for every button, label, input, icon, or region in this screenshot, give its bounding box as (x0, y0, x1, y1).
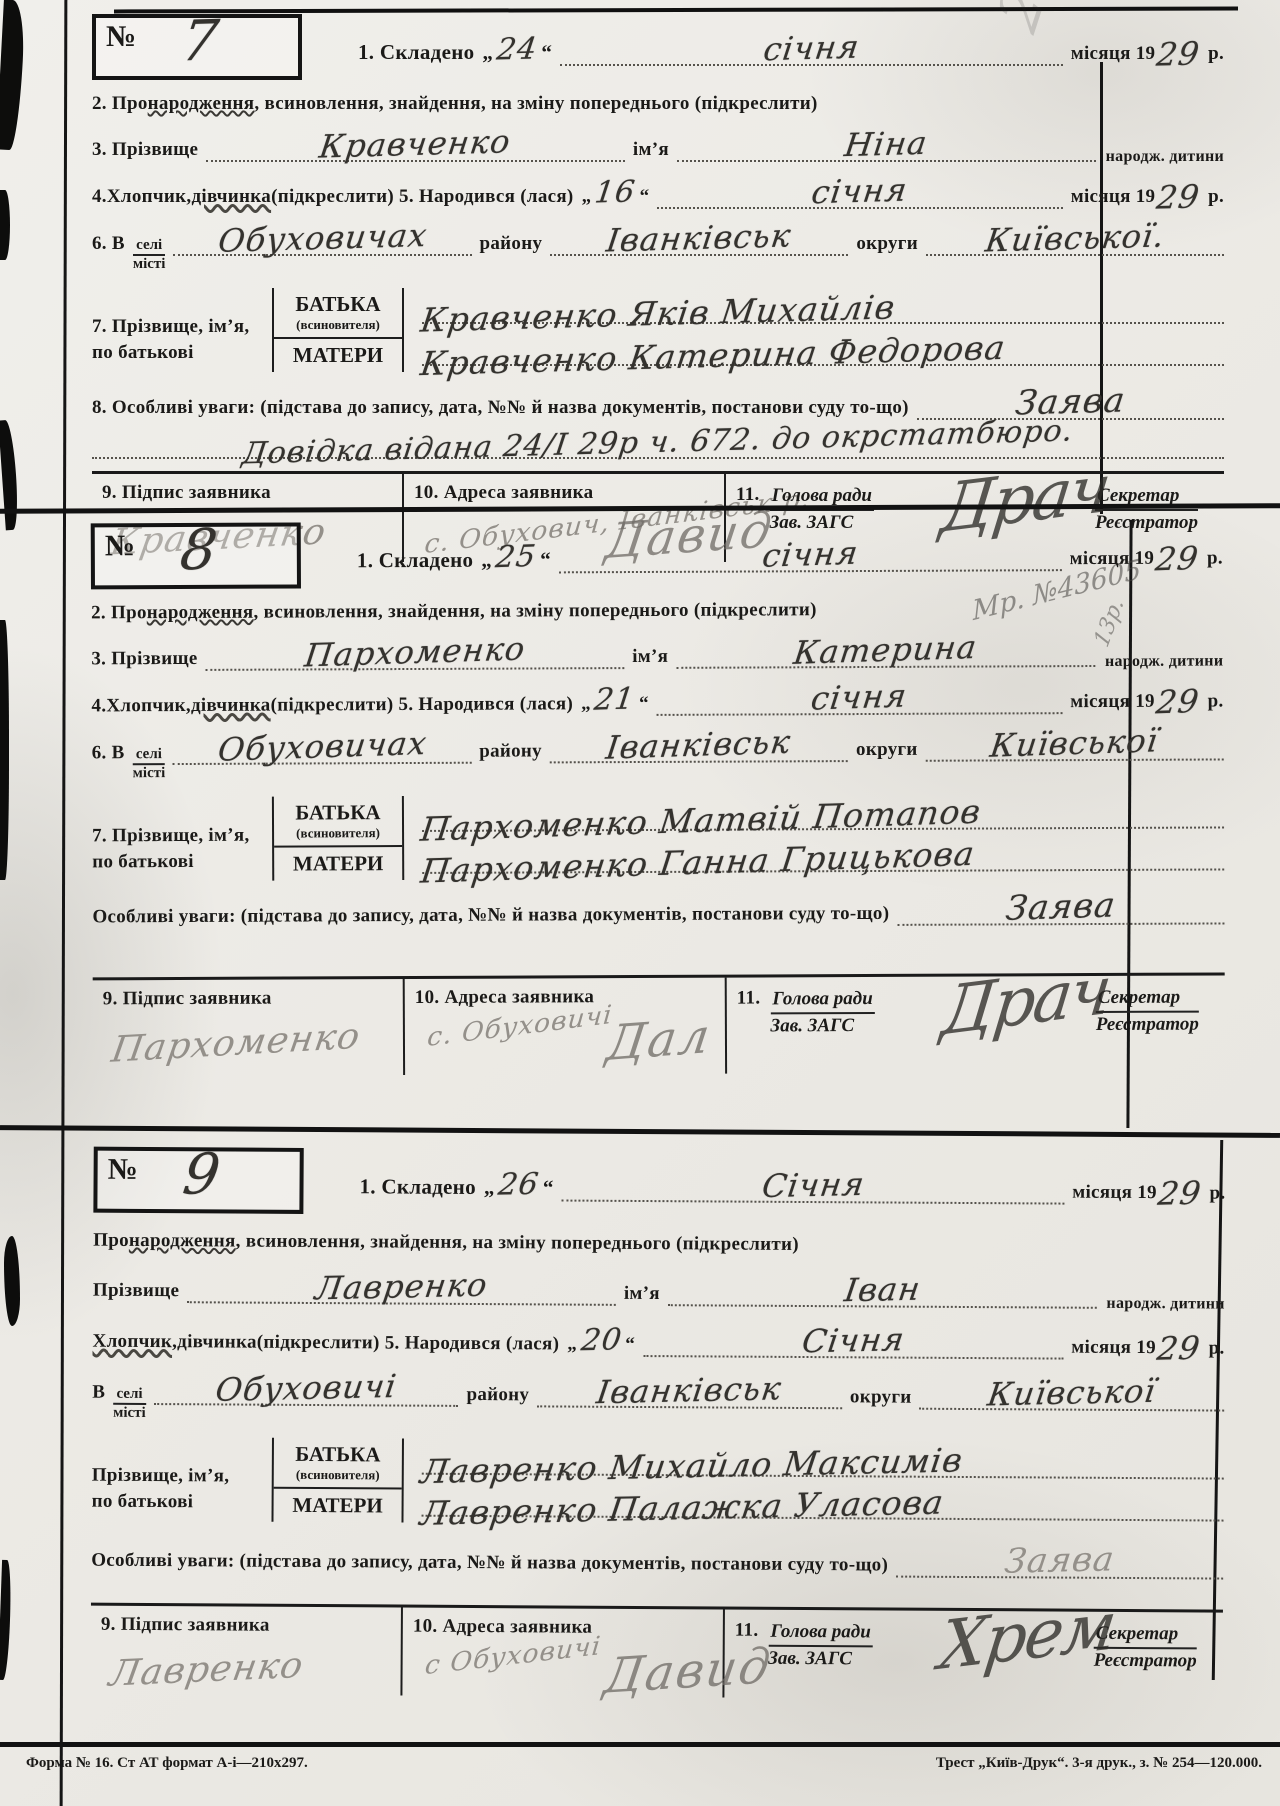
skladeno-year-value: 29 (1157, 1177, 1204, 1210)
remarks-field: Заява (897, 889, 1224, 925)
misyatsya-label: місяця 19 (1071, 1337, 1156, 1360)
print-shop-footer: Форма № 16. Ст АТ формат А-і—210х297. Тр… (0, 1747, 1280, 1772)
year-suffix: р. (1209, 1337, 1225, 1359)
givenname-field: Іван (668, 1272, 1097, 1309)
skladeno-month-value: Січня (760, 1168, 867, 1202)
vsynovytelya-label: (всиновителя) (280, 1467, 396, 1484)
surname-label: 3. Прізвище (92, 139, 198, 161)
narodzhennya-underlined: народження (129, 1230, 236, 1253)
line3-name: 3. Прізвище Пархоменко ім’я Катерина нар… (91, 632, 1223, 671)
misyatsya-label: місяця 19 (1070, 548, 1155, 570)
skladeno-day-value: 26 (497, 1170, 541, 1201)
year-suffix: р. (1208, 43, 1224, 65)
seli-misti-fraction: селімісті (113, 1386, 146, 1421)
skladeno-line: 1. Складено „ 24 “ січня місяця 19 29 р. (302, 14, 1224, 66)
mother-value: Лавренко Палажка Уласова (418, 1486, 946, 1530)
surname-field: Пархоменко (205, 635, 624, 671)
line5-label: (підкреслити) 5. Народився (лася) (257, 1332, 560, 1356)
line2-type-of-act: 2. Про народження, всиновлення, знайденн… (92, 93, 1224, 115)
girl-label: дівчинка (191, 186, 271, 208)
line8-remarks: Особливі уваги: (підстава до запису, дат… (92, 889, 1224, 929)
line4-5-sex-and-birth: 4. Хлопчик, дівчинка (підкреслити) 5. На… (92, 175, 1224, 209)
head-signature: Хрем (935, 1586, 1119, 1685)
line2-rest: , всиновлення, знайдення, на зміну попер… (253, 599, 816, 623)
skladeno-line: 1. Складено „ 26 “ Січня місяця 19 29 р. (303, 1148, 1225, 1206)
record-number-box: № 8 (91, 522, 301, 589)
okruhy-label: округи (856, 739, 918, 761)
imya-label: ім’я (633, 139, 669, 161)
line4-5-sex-and-birth: 4. Хлопчик, дівчинка (підкреслити) 5. На… (91, 679, 1223, 718)
surname-value: Кравченко (318, 125, 513, 162)
okruha-value: Київської (989, 724, 1161, 761)
quote-open: „ (582, 186, 592, 208)
record-number-handwritten: 9 (180, 1147, 224, 1204)
mother-cell: МАТЕРИ (274, 847, 402, 881)
village-value: Обуховичі (214, 1370, 399, 1406)
village-field: Обуховичах (173, 222, 471, 256)
quote-open: „ (567, 1334, 577, 1356)
okruhy-label: округи (856, 233, 918, 255)
applicant-signature-cell: 9. Підпис заявника Лавренко (90, 1606, 401, 1696)
line6-label: 6. В (92, 233, 125, 255)
signature-row: 9. Підпис заявника Лавренко 10. Адреса з… (90, 1603, 1223, 1701)
materi-label: МАТЕРИ (280, 851, 396, 877)
line4-number: 4. (92, 186, 107, 208)
line4-number: 4. (91, 695, 106, 717)
year-suffix: р. (1208, 186, 1224, 208)
officials-cell: 11. Голова радиЗав. ЗАГС Хрем Давид Секр… (722, 1610, 1223, 1701)
okruhy-label: округи (850, 1386, 912, 1408)
zav-zags-label: Зав. ЗАГС (768, 1648, 852, 1670)
narodzhennya-underlined: народження (147, 602, 254, 624)
remarks-field: Заява (896, 1543, 1223, 1580)
zav-zags-label: Зав. ЗАГС (770, 1015, 854, 1036)
mother-cell: МАТЕРИ (273, 1489, 401, 1523)
surname-value: Лавренко (313, 1269, 489, 1305)
village-field: Обуховичах (173, 730, 471, 765)
signature-row: 9. Підпис заявника Пархоменко 10. Адреса… (93, 972, 1225, 1076)
givenname-field: Ніна (677, 128, 1096, 162)
skladeno-year-value: 29 (1155, 37, 1202, 70)
skladeno-month-field: Січня (562, 1168, 1065, 1205)
year-suffix: р. (1208, 690, 1224, 712)
misyatsya-label: місяця 19 (1071, 43, 1156, 65)
father-field: Кравченко Яків Михайлів (422, 288, 1224, 324)
line7-parents-block: Прізвище, ім’я, по батькові БАТЬКА(всино… (91, 1437, 1223, 1528)
line6-place: 6. В селімісті Обуховичах району Іванків… (92, 222, 1224, 272)
father-cell: БАТЬКА(всиновителя) (274, 288, 402, 339)
skladeno-month-field: січня (559, 537, 1062, 573)
parents-names: Лавренко Михайло Максимів Лавренко Палаж… (403, 1439, 1223, 1528)
line2-type-of-act: Про народження, всиновлення, знайдення, … (93, 1230, 1225, 1259)
year-suffix: р. (1207, 547, 1223, 569)
remarks-label: Особливі уваги: (підстава до запису, дат… (92, 903, 889, 928)
parents-label: 7. Прізвище, ім’я, по батькові (92, 288, 272, 372)
holova-label: Голова ради (770, 987, 874, 1014)
rayon-field: Іванківськ (550, 728, 848, 763)
skladeno-month-value: січня (760, 537, 860, 572)
rayonu-label: району (480, 233, 543, 255)
quote-close: “ (543, 1175, 554, 1200)
applicant-address: с Обуховичі (423, 1630, 602, 1682)
born-year-value: 29 (1155, 685, 1202, 718)
record-number-box: № 9 (93, 1147, 303, 1214)
quote-close: “ (541, 40, 552, 65)
misyatsya-label: місяця 19 (1070, 691, 1155, 713)
line2-prefix: Про (93, 1230, 129, 1252)
born-year-value: 29 (1156, 1332, 1203, 1365)
misti-label: місті (133, 765, 166, 781)
head-signature-pencil: Давид (601, 1638, 776, 1705)
line3-name: Прізвище Лавренко ім’я Іван народж. дити… (93, 1269, 1225, 1310)
narodzhennya-underlined: народження (148, 93, 255, 115)
batka-label: БАТЬКА (280, 292, 396, 317)
seli-label: селі (113, 1386, 146, 1405)
remarks-value: Заява (1004, 888, 1118, 926)
rayon-field: Іванківськ (550, 222, 848, 256)
year-suffix: р. (1210, 1182, 1226, 1204)
born-month-value: Січня (800, 1323, 907, 1357)
quote-close: “ (639, 693, 649, 715)
batka-label: БАТЬКА (280, 1442, 396, 1468)
village-value: Обуховичах (216, 727, 429, 766)
remarks-label: Особливі уваги: (підстава до запису, дат… (91, 1550, 888, 1577)
misti-label: місті (113, 1404, 146, 1420)
pidpys-label: 9. Підпис заявника (101, 1614, 391, 1638)
okruha-field: Київської (919, 1376, 1224, 1412)
father-cell: БАТЬКА(всиновителя) (274, 796, 402, 848)
quote-open: „ (484, 1175, 495, 1200)
misti-label: місті (133, 256, 166, 272)
remarks-value: Заява (1003, 1542, 1117, 1578)
born-month-field: січня (657, 175, 1062, 209)
parents-box: БАТЬКА(всиновителя) МАТЕРИ (272, 288, 404, 372)
line2-rest: , всиновлення, знайдення, на зміну попер… (254, 93, 817, 115)
skladeno-label: 1. Складено (357, 548, 473, 574)
parents-names: Кравченко Яків Михайлів Кравченко Катери… (404, 288, 1224, 372)
line6-place: В селімісті Обуховичі району Іванківськ … (92, 1371, 1224, 1428)
line2-prefix: 2. Про (91, 602, 147, 624)
line7-parents-block: 7. Прізвище, ім’я, по батькові БАТЬКА(вс… (92, 792, 1224, 881)
applicant-signature: Лавренко (107, 1648, 307, 1693)
okruha-value: Київської (986, 1375, 1158, 1411)
holova-label: Голова ради (768, 1620, 873, 1647)
record-number-handwritten: 8 (177, 522, 221, 579)
record-header: № 8 1. Складено „ 25 “ січня місяця 19 2… (91, 518, 1223, 589)
surname-label: Прізвище (93, 1280, 179, 1303)
seli-misti-fraction: селімісті (133, 746, 166, 781)
born-year-value: 29 (1155, 180, 1202, 213)
rayon-value: Іванківськ (595, 1372, 784, 1408)
rayonu-label: району (466, 1384, 529, 1406)
parents-label: 7. Прізвище, ім’я, по батькові (92, 797, 272, 882)
line2-prefix: 2. Про (92, 93, 148, 115)
record-8: № 8 1. Складено „ 25 “ січня місяця 19 2… (0, 508, 1280, 1132)
born-day-value: 16 (593, 177, 637, 208)
misyatsya-label: місяця 19 (1071, 186, 1156, 208)
father-field: Пархоменко Матвій Потапов (422, 792, 1224, 831)
boy-label: Хлопчик (107, 186, 187, 208)
quote-open: „ (482, 40, 493, 65)
skladeno-line: 1. Складено „ 25 “ січня місяця 19 29 р. (301, 518, 1223, 574)
village-field: Обуховичі (154, 1371, 459, 1407)
father-cell: БАТЬКА(всиновителя) (274, 1438, 402, 1490)
remarks2-field: Довідка відана 24/І 29р ч. 672. до окрст… (92, 428, 1224, 459)
narodzh-dytyny-label: народж. дитини (1106, 148, 1224, 166)
born-day-value: 21 (593, 684, 637, 715)
parents-box: БАТЬКА(всиновителя) МАТЕРИ (272, 796, 404, 881)
skladeno-day-value: 25 (494, 542, 538, 573)
parents-box: БАТЬКА(всиновителя) МАТЕРИ (271, 1438, 404, 1523)
girl-label: дівчинка (177, 1331, 257, 1353)
quote-close: “ (640, 186, 650, 208)
boy-label: Хлопчик (106, 695, 186, 717)
record-number-handwritten: 7 (178, 13, 222, 70)
parents-label: Прізвище, ім’я, по батькові (91, 1437, 272, 1522)
okruha-value: Київської. (983, 220, 1166, 257)
no-label: № (106, 20, 136, 54)
vsynovytelya-label: (всиновителя) (280, 317, 396, 333)
village-value: Обуховичах (216, 219, 429, 257)
skladeno-day-value: 24 (495, 34, 539, 65)
materi-label: МАТЕРИ (280, 343, 396, 368)
skladeno-label: 1. Складено (358, 40, 474, 65)
born-month-field: січня (657, 680, 1063, 716)
born-month-field: Січня (643, 1323, 1063, 1360)
quote-open: „ (481, 548, 492, 573)
surname-field: Лавренко (187, 1269, 616, 1306)
girl-label: дівчинка (191, 695, 271, 717)
quote-open: „ (581, 693, 591, 715)
givenname-value: Катерина (792, 631, 979, 669)
quote-close: “ (625, 1334, 635, 1356)
skladeno-month-field: січня (560, 32, 1063, 66)
rayon-value: Іванківськ (605, 219, 794, 256)
record-9: № 9 1. Складено „ 26 “ Січня місяця 19 2… (0, 1130, 1280, 1746)
imya-label: ім’я (624, 1283, 660, 1305)
born-month-value: січня (810, 679, 910, 714)
record-number-box: № 7 (92, 14, 302, 80)
batka-label: БАТЬКА (280, 800, 396, 826)
head-signature: Драч (938, 951, 1114, 1051)
skladeno-month-value: січня (762, 31, 862, 66)
father-value: Лавренко Михайло Максимів (418, 1443, 965, 1488)
applicant-signature: Пархоменко (109, 1019, 363, 1069)
surname-field: Кравченко (206, 128, 625, 162)
line5-label: (підкреслити) 5. Народився (лася) (271, 693, 574, 716)
holova-zags-fraction: Голова радиЗав. ЗАГС (770, 987, 875, 1038)
givenname-value: Ніна (843, 127, 930, 161)
head-signature-pencil: Дал (603, 1008, 715, 1072)
line6-place: 6. В селімісті Обуховичах району Іванків… (92, 726, 1224, 781)
remarks-label: 8. Особливі уваги: (підстава до запису, … (92, 397, 909, 419)
rayonu-label: району (479, 740, 542, 762)
narodzh-dytyny-label: народж. дитини (1105, 652, 1223, 671)
quote-close: “ (540, 547, 551, 572)
skladeno-year-value: 29 (1154, 542, 1201, 575)
mother-value: Кравченко Катерина Федорова (419, 331, 1008, 380)
record-7: № 7 1. Складено „ 24 “ січня місяця 19 2… (0, 0, 1280, 506)
narodzh-dytyny-label: народж. дитини (1106, 1295, 1224, 1314)
sekretar-label: Секретар (1096, 986, 1199, 1013)
footer-form-number: Форма № 16. Ст АТ формат А-і—210х297. (26, 1755, 308, 1772)
imya-label: ім’я (632, 646, 668, 668)
line7-parents-block: 7. Прізвище, ім’я, по батькові БАТЬКА(вс… (92, 288, 1224, 372)
skladeno-label: 1. Складено (359, 1174, 476, 1200)
materi-label: МАТЕРИ (280, 1493, 396, 1519)
misyatsya-label: місяця 19 (1072, 1182, 1157, 1205)
n11-label: 11. (737, 987, 761, 1009)
rayon-value: Іванківськ (605, 726, 794, 764)
rayon-field: Іванківськ (537, 1373, 842, 1409)
line6-label: 6. В (92, 742, 125, 764)
seli-label: селі (133, 237, 166, 256)
pidpys-label: 9. Підпис заявника (103, 987, 393, 1010)
applicant-signature-cell: 9. Підпис заявника Пархоменко (93, 979, 403, 1076)
record-header: № 7 1. Складено „ 24 “ січня місяця 19 2… (92, 14, 1224, 80)
record-header: № 9 1. Складено „ 26 “ Січня місяця 19 2… (93, 1147, 1225, 1220)
reyestrator-label: Реєстратор (1096, 1013, 1199, 1034)
no-label: № (108, 1153, 138, 1187)
line2-rest: , всиновлення, знайдення, на зміну попер… (236, 1231, 799, 1256)
seli-label: селі (133, 746, 166, 765)
surname-label: 3. Прізвище (91, 648, 197, 670)
remarks-second-line: Довідка відана 24/І 29р ч. 672. до окрст… (92, 428, 1224, 459)
born-month-value: січня (810, 174, 910, 209)
officials-cell: 11. Голова радиЗав. ЗАГС Драч Дал Секрет… (725, 975, 1225, 1073)
surname-value: Пархоменко (303, 632, 528, 671)
line4-5-sex-and-birth: Хлопчик, дівчинка (підкреслити) 5. Народ… (93, 1320, 1225, 1361)
pidpys-label: 9. Підпис заявника (102, 482, 392, 504)
born-day-value: 20 (579, 1325, 623, 1356)
seli-misti-fraction: селімісті (133, 237, 166, 272)
line5-label: (підкреслити) 5. Народився (лася) (271, 186, 573, 208)
mother-cell: МАТЕРИ (274, 339, 402, 372)
parents-names: Пархоменко Матвій Потапов Пархоменко Ган… (404, 792, 1224, 880)
boy-label: Хлопчик (93, 1331, 173, 1353)
givenname-field: Катерина (676, 633, 1095, 669)
sekretar-fraction: СекретарРеєстратор (1096, 986, 1199, 1037)
vsynovytelya-label: (всиновителя) (280, 825, 396, 842)
scanned-registry-page: 21041 Мр. №43605 13р. № 7 1. Складено „ … (0, 0, 1280, 1806)
givenname-value: Іван (842, 1273, 922, 1307)
no-label: № (105, 529, 135, 563)
line2-type-of-act: 2. Про народження, всиновлення, знайденн… (91, 597, 1223, 624)
okruha-field: Київської (926, 726, 1224, 761)
father-field: Лавренко Михайло Максимів (422, 1439, 1224, 1480)
okruha-field: Київської. (926, 222, 1224, 256)
remarks2-value: Довідка відана 24/І 29р ч. 672. до окрст… (241, 416, 1076, 469)
footer-printer-imprint: Трест „Київ-Друк“. 3-я друк., з. № 254—1… (936, 1755, 1262, 1772)
line6-label: В (92, 1382, 105, 1404)
line3-name: 3. Прізвище Кравченко ім’я Ніна народж. … (92, 128, 1224, 162)
holova-zags-fraction: Голова радиЗав. ЗАГС (768, 1620, 873, 1671)
line8-remarks: Особливі уваги: (підстава до запису, дат… (91, 1538, 1223, 1580)
